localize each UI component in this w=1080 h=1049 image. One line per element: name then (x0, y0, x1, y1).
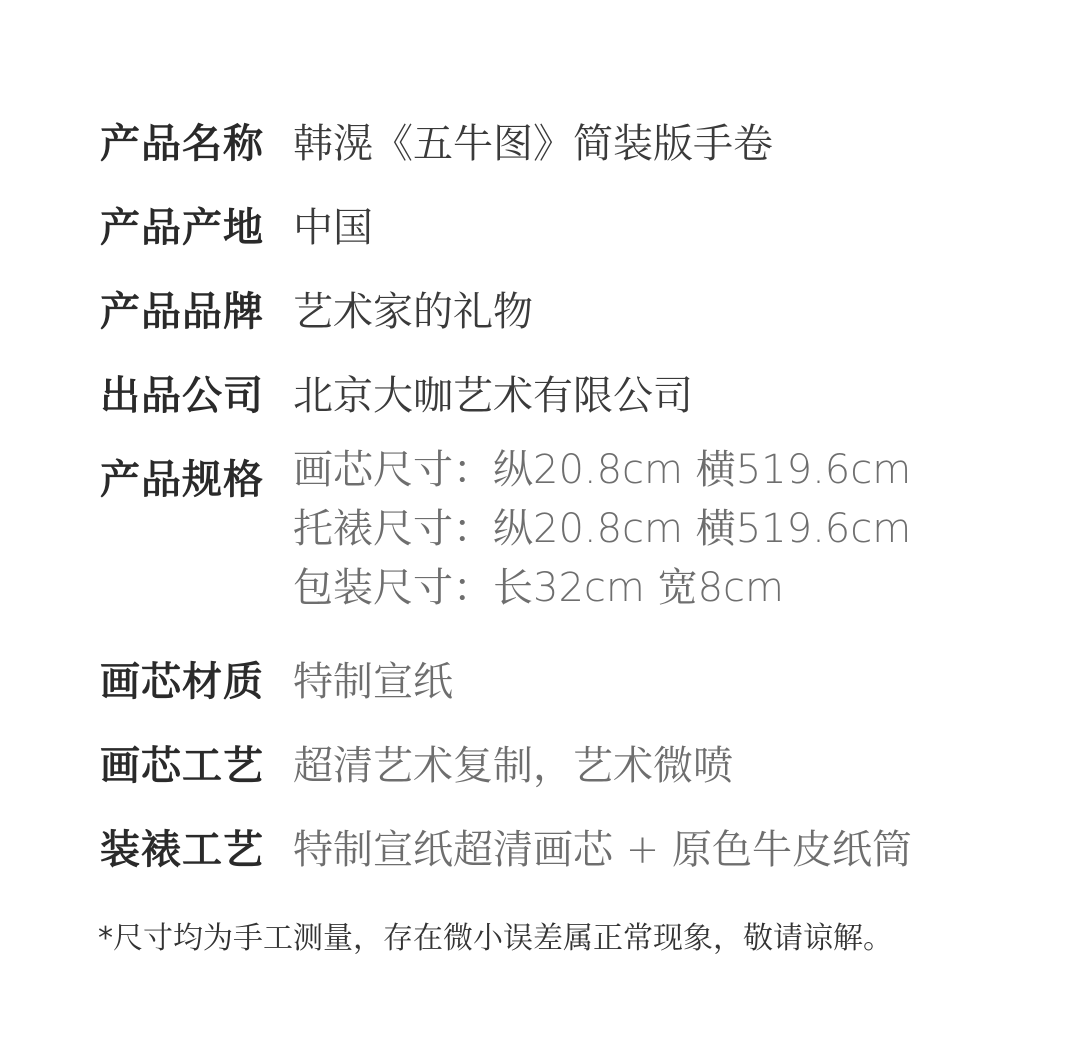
spec-line-package-size: 包装尺寸：长32cm 宽8cm (293, 559, 911, 618)
spec-label: 画芯工艺 (100, 734, 264, 791)
spec-label: 产品规格 (100, 448, 264, 505)
spec-line-image-size: 画芯尺寸：纵20.8cm 横519.6cm (293, 441, 911, 500)
footnote: *尺寸均为手工测量，存在微小误差属正常现象，敬请谅解。 (98, 913, 893, 957)
spec-value: 超清艺术复制，艺术微喷 (293, 734, 733, 791)
spec-value: 艺术家的礼物 (293, 280, 533, 337)
spec-line-mount-size: 托裱尺寸：纵20.8cm 横519.6cm (293, 500, 911, 559)
spec-label: 装裱工艺 (100, 818, 264, 875)
spec-label: 出品公司 (100, 364, 264, 421)
spec-value: 中国 (293, 196, 373, 253)
spec-value: 韩滉《五牛图》简装版手卷 (293, 112, 773, 169)
spec-label: 产品产地 (100, 196, 264, 253)
spec-value: 特制宣纸超清画芯 + 原色牛皮纸筒 (293, 818, 912, 875)
spec-label: 产品品牌 (100, 280, 264, 337)
spec-label: 产品名称 (100, 112, 264, 169)
spec-label: 画芯材质 (100, 650, 264, 707)
spec-value: 特制宣纸 (293, 650, 453, 707)
spec-value-lines: 画芯尺寸：纵20.8cm 横519.6cm 托裱尺寸：纵20.8cm 横519.… (293, 441, 911, 618)
spec-value: 北京大咖艺术有限公司 (293, 364, 693, 421)
